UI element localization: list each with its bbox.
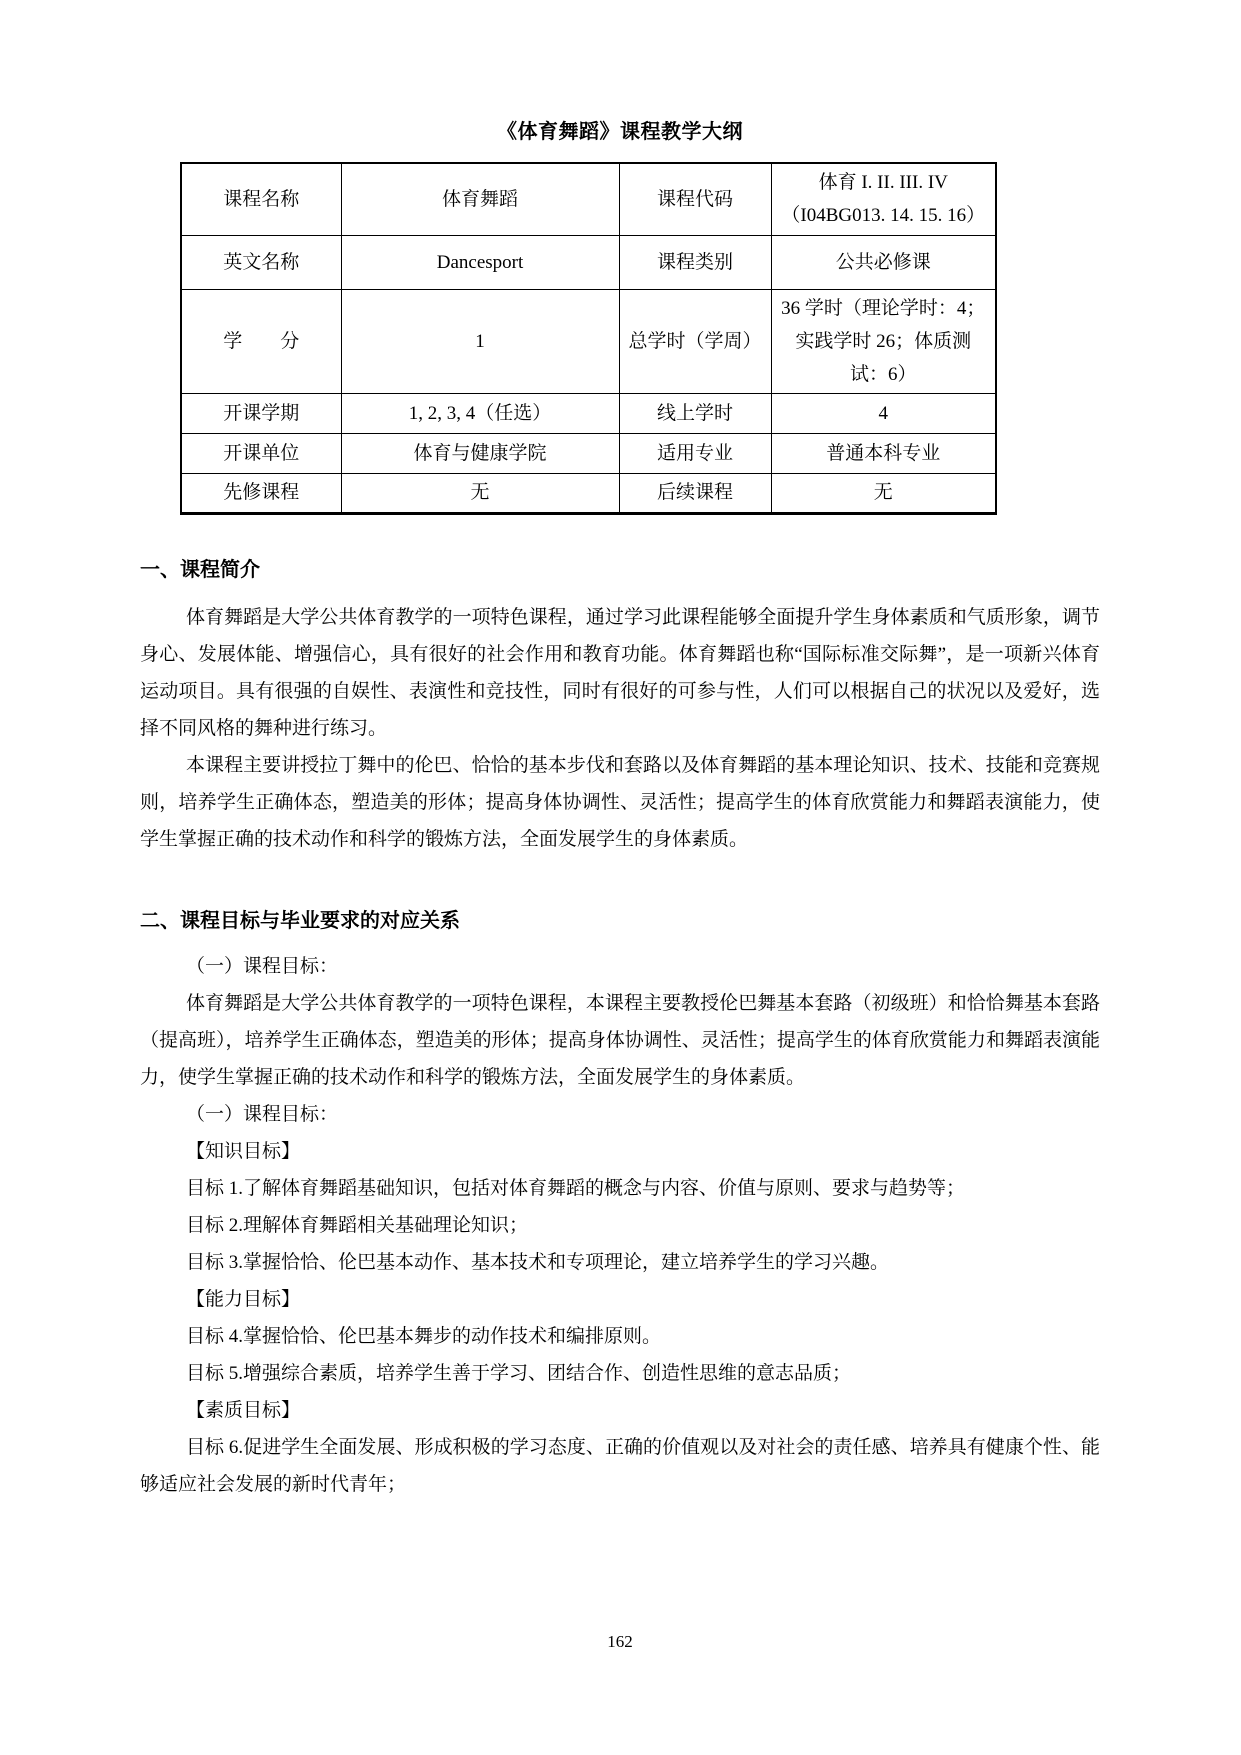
knowledge-goals-header: 【知识目标】 [140, 1133, 1100, 1170]
cell-course-code-value: 体育 I. II. III. IV （I04BG013. 14. 15. 16） [771, 163, 996, 235]
cell-course-code-label: 课程代码 [619, 163, 771, 235]
goal-item-6: 目标 6.促进学生全面发展、形成积极的学习态度、正确的价值观以及对社会的责任感、… [140, 1429, 1100, 1503]
cell-department-value: 体育与健康学院 [341, 433, 619, 473]
cell-credits-label: 学 分 [181, 289, 341, 393]
cell-semester-value: 1, 2, 3, 4（任选） [341, 393, 619, 433]
cell-prerequisite-label: 先修课程 [181, 473, 341, 513]
cell-semester-label: 开课学期 [181, 393, 341, 433]
table-row-credits: 学 分 1 总学时（学周） 36 学时（理论学时：4；实践学时 26；体质测试：… [181, 289, 996, 393]
table-row-prerequisites: 先修课程 无 后续课程 无 [181, 473, 996, 513]
section-heading-objectives: 二、课程目标与毕业要求的对应关系 [140, 906, 1100, 936]
goal-item-4: 目标 4.掌握恰恰、伦巴基本舞步的动作技术和编排原则。 [140, 1318, 1100, 1355]
cell-english-name-value: Dancesport [341, 235, 619, 289]
section-heading-intro: 一、课程简介 [140, 555, 1100, 585]
document-title: 《体育舞蹈》课程教学大纲 [140, 118, 1100, 146]
objectives-subheading: （一）课程目标： [140, 948, 1100, 985]
cell-credits-value: 1 [341, 289, 619, 393]
goal-item-2: 目标 2.理解体育舞蹈相关基础理论知识； [140, 1207, 1100, 1244]
goal-item-3: 目标 3.掌握恰恰、伦巴基本动作、基本技术和专项理论，建立培养学生的学习兴趣。 [140, 1244, 1100, 1281]
course-info-table: 课程名称 体育舞蹈 课程代码 体育 I. II. III. IV （I04BG0… [180, 162, 997, 515]
cell-course-name-value: 体育舞蹈 [341, 163, 619, 235]
cell-total-hours-value: 36 学时（理论学时：4；实践学时 26；体质测试：6） [771, 289, 996, 393]
cell-department-label: 开课单位 [181, 433, 341, 473]
section-intro-body: 体育舞蹈是大学公共体育教学的一项特色课程，通过学习此课程能够全面提升学生身体素质… [140, 599, 1100, 858]
ability-goals-header: 【能力目标】 [140, 1281, 1100, 1318]
cell-english-name-label: 英文名称 [181, 235, 341, 289]
cell-course-category-value: 公共必修课 [771, 235, 996, 289]
goal-item-5: 目标 5.增强综合素质，培养学生善于学习、团结合作、创造性思维的意志品质； [140, 1355, 1100, 1392]
page-number: 162 [140, 1632, 1100, 1652]
quality-goals-header: 【素质目标】 [140, 1392, 1100, 1429]
cell-course-name-label: 课程名称 [181, 163, 341, 235]
goal-item-1: 目标 1.了解体育舞蹈基础知识，包括对体育舞蹈的概念与内容、价值与原则、要求与趋… [140, 1170, 1100, 1207]
document-page: 《体育舞蹈》课程教学大纲 课程名称 体育舞蹈 课程代码 体育 I. II. II… [0, 0, 1241, 1755]
cell-prerequisite-value: 无 [341, 473, 619, 513]
cell-course-category-label: 课程类别 [619, 235, 771, 289]
objectives-subheading-repeat: （一）课程目标： [140, 1096, 1100, 1133]
cell-total-hours-label: 总学时（学周） [619, 289, 771, 393]
table-row-semester: 开课学期 1, 2, 3, 4（任选） 线上学时 4 [181, 393, 996, 433]
cell-applicable-major-label: 适用专业 [619, 433, 771, 473]
cell-online-hours-label: 线上学时 [619, 393, 771, 433]
intro-paragraph-2: 本课程主要讲授拉丁舞中的伦巴、恰恰的基本步伐和套路以及体育舞蹈的基本理论知识、技… [140, 747, 1100, 858]
table-row-english-name: 英文名称 Dancesport 课程类别 公共必修课 [181, 235, 996, 289]
section-objectives-body: （一）课程目标： 体育舞蹈是大学公共体育教学的一项特色课程，本课程主要教授伦巴舞… [140, 948, 1100, 1503]
cell-followup-value: 无 [771, 473, 996, 513]
objectives-paragraph: 体育舞蹈是大学公共体育教学的一项特色课程，本课程主要教授伦巴舞基本套路（初级班）… [140, 985, 1100, 1096]
cell-followup-label: 后续课程 [619, 473, 771, 513]
table-row-course-name: 课程名称 体育舞蹈 课程代码 体育 I. II. III. IV （I04BG0… [181, 163, 996, 235]
cell-online-hours-value: 4 [771, 393, 996, 433]
table-row-department: 开课单位 体育与健康学院 适用专业 普通本科专业 [181, 433, 996, 473]
cell-applicable-major-value: 普通本科专业 [771, 433, 996, 473]
intro-paragraph-1: 体育舞蹈是大学公共体育教学的一项特色课程，通过学习此课程能够全面提升学生身体素质… [140, 599, 1100, 747]
